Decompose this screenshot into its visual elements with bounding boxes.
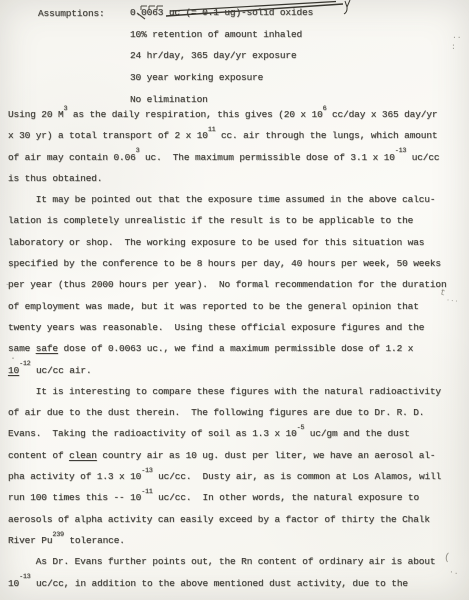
- scan-artifact-mark: ': [8, 264, 13, 274]
- body-text-line: of air due to the dust therein. The foll…: [8, 402, 466, 423]
- body-text-line: 10-13 uc/cc, in addition to the above me…: [8, 573, 466, 594]
- body-text-line: As Dr. Evans further points out, the Rn …: [8, 551, 466, 572]
- body-text-line: pha activity of 1.3 x 10-13 uc/cc. Dusty…: [8, 466, 466, 487]
- body-text-line: 10-12 uc/cc air.: [8, 360, 466, 381]
- body-text-line: It may be pointed out that the exposure …: [8, 189, 466, 210]
- body-text-line: River Pu239 tolerance.: [8, 530, 466, 551]
- body-text-line: Using 20 M3 as the daily respiration, th…: [8, 104, 466, 125]
- scan-artifact-mark: .: [10, 352, 16, 363]
- body-text-line: x 30 yr) a total transport of 2 x 1011 c…: [8, 125, 466, 146]
- assumption-item: 10% retention of amount inhaled: [130, 24, 313, 46]
- assumption-item: 24 hr/day, 365 day/yr exposure: [130, 45, 313, 67]
- body-text-line: of employment was made, but it was repor…: [8, 296, 466, 317]
- scan-artifact-mark: :: [451, 43, 456, 52]
- body-text-line: laboratory or shop. The working exposure…: [8, 232, 466, 253]
- body-text-line: of air may contain 0.063 uc. The maximum…: [8, 147, 466, 168]
- body-text-line: content of clean country air as 10 ug. d…: [8, 445, 466, 466]
- assumption-item: 0.0063 uc (= 0.1 ug)-solid oxides: [130, 2, 313, 24]
- assumption-item: 30 year working exposure: [130, 67, 313, 89]
- body-text-line: run 100 times this -- 10-11 uc/cc. In ot…: [8, 487, 466, 508]
- body-text-line: same safe dose of 0.0063 uc., we find a …: [8, 338, 466, 359]
- document-body-text: Using 20 M3 as the daily respiration, th…: [8, 104, 466, 594]
- body-text-line: is thus obtained.: [8, 168, 466, 189]
- scan-artifact-mark: -: [5, 280, 10, 290]
- body-text-line: specified by the conference to be 8 hour…: [8, 253, 466, 274]
- body-text-line: It is interesting to compare these figur…: [8, 381, 466, 402]
- body-text-line: twenty years was reasonable. Using these…: [8, 317, 466, 338]
- body-text-line: aerosols of alpha activity can easily ex…: [8, 509, 466, 530]
- assumptions-list: 0.0063 uc (= 0.1 ug)-solid oxides10% ret…: [130, 2, 313, 111]
- body-text-line: Evans. Taking the radioactivity of soil …: [8, 423, 466, 444]
- scan-artifact-mark: ..: [452, 32, 462, 41]
- scan-artifact-mark: ...: [446, 295, 460, 305]
- stray-y-mark: [344, 0, 350, 14]
- scan-artifact-mark: (: [443, 553, 450, 565]
- body-text-line: lation is completely unrealistic if the …: [8, 210, 466, 231]
- body-text-line: per year (thus 2000 hours per year). No …: [8, 274, 466, 295]
- scanned-document-page: Assumptions: 0.0063 uc (= 0.1 ug)-solid …: [0, 0, 469, 600]
- assumptions-label: Assumptions:: [38, 8, 105, 19]
- scan-artifact-mark: ·.: [449, 568, 459, 577]
